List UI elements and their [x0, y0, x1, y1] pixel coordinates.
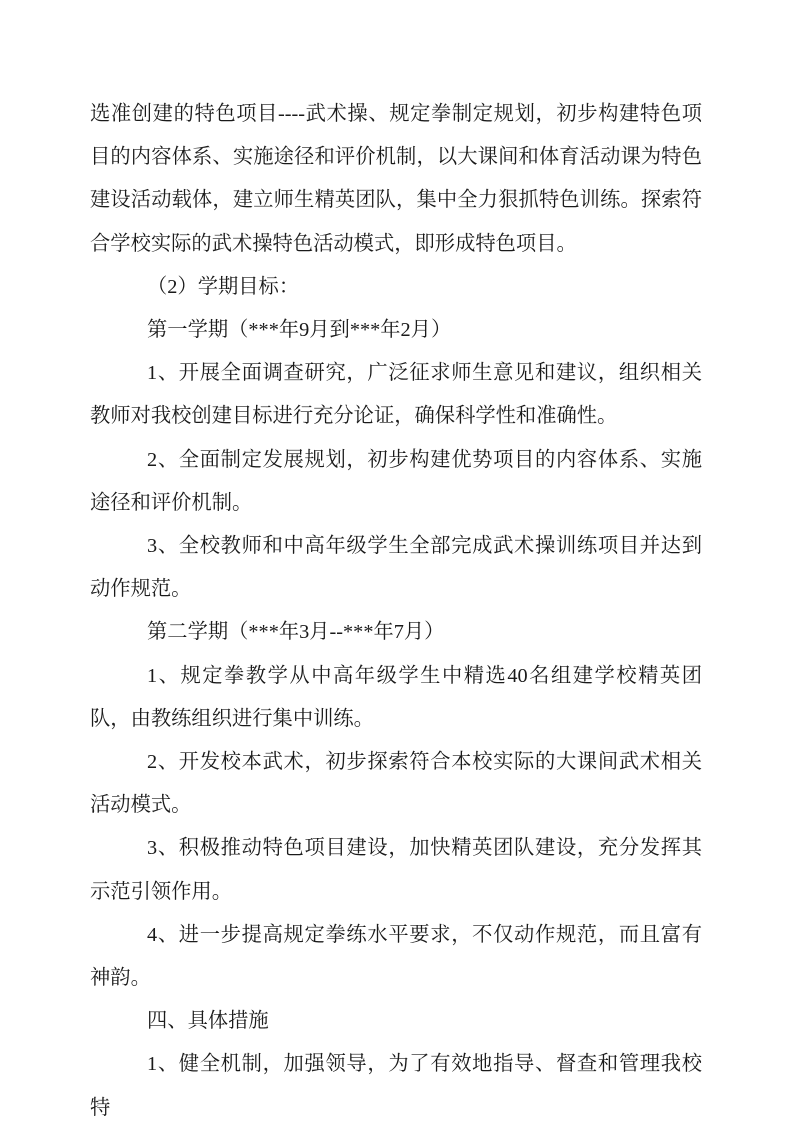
paragraph: 1、开展全面调查研究，广泛征求师生意见和建议，组织相关教师对我校创建目标进行充分…: [90, 352, 702, 438]
paragraph: 1、规定拳教学从中高年级学生中精选40名组建学校精英团队，由教练组织进行集中训练…: [90, 655, 702, 741]
paragraph: 四、具体措施: [90, 1000, 702, 1043]
paragraph: 3、积极推动特色项目建设，加快精英团队建设，充分发挥其示范引领作用。: [90, 827, 702, 913]
paragraph: 2、开发校本武术，初步探索符合本校实际的大课间武术相关活动模式。: [90, 741, 702, 827]
document-page: 选准创建的特色项目----武术操、规定拳制定规划，初步构建特色项目的内容体系、实…: [0, 0, 793, 1122]
paragraph: （2）学期目标：: [90, 266, 702, 309]
paragraph: 2、全面制定发展规划，初步构建优势项目的内容体系、实施途径和评价机制。: [90, 439, 702, 525]
paragraph: 4、进一步提高规定拳练水平要求，不仅动作规范，而且富有神韵。: [90, 914, 702, 1000]
paragraph: 第一学期（***年9月到***年2月）: [90, 309, 702, 352]
paragraph: 3、全校教师和中高年级学生全部完成武术操训练项目并达到动作规范。: [90, 525, 702, 611]
document-body: 选准创建的特色项目----武术操、规定拳制定规划，初步构建特色项目的内容体系、实…: [90, 93, 702, 1122]
paragraph: 选准创建的特色项目----武术操、规定拳制定规划，初步构建特色项目的内容体系、实…: [90, 93, 702, 266]
paragraph: 第二学期（***年3月--***年7月）: [90, 611, 702, 654]
paragraph: 1、健全机制，加强领导，为了有效地指导、督查和管理我校特: [90, 1043, 702, 1122]
